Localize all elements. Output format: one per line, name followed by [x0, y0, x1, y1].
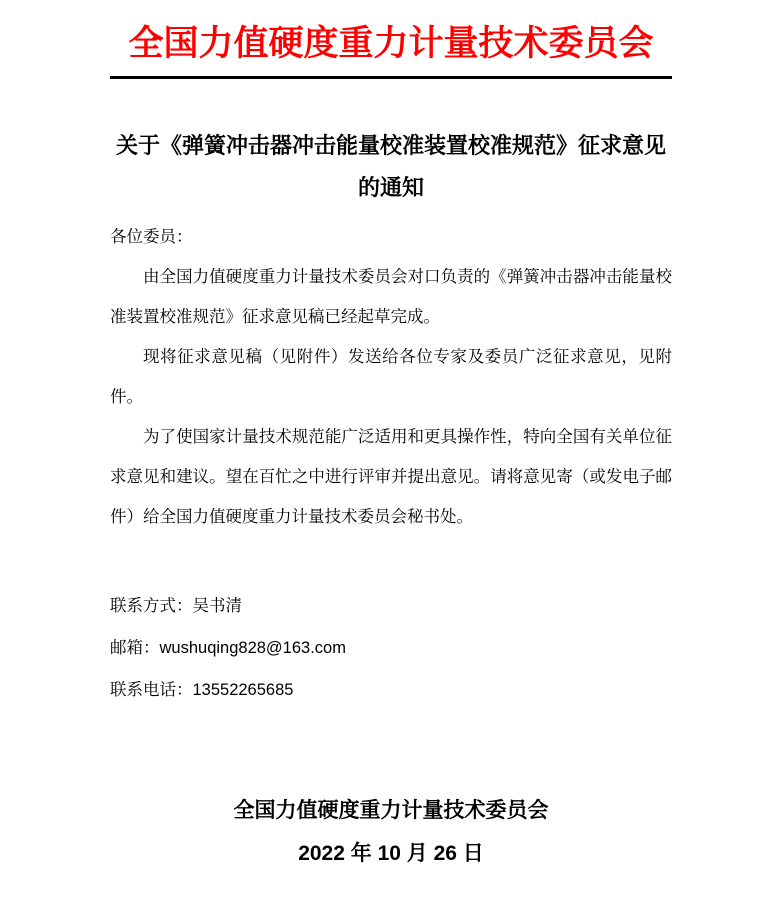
signature-date: 2022 年 10 月 26 日: [110, 832, 672, 875]
contact-person-label: 联系方式：: [110, 597, 193, 615]
salutation: 各位委员：: [110, 217, 672, 257]
notice-title: 关于《弹簧冲击器冲击能量校准装置校准规范》征求意见 的通知: [110, 125, 672, 209]
contact-block: 联系方式：吴书清 邮箱：wushuqing828@163.com 联系电话：13…: [110, 585, 672, 711]
contact-email-label: 邮箱：: [110, 639, 160, 657]
notice-paragraph-3: 为了使国家计量技术规范能广泛适用和更具操作性，特向全国有关单位征求意见和建议。望…: [110, 417, 672, 537]
contact-email-value: wushuqing828@163.com: [160, 639, 346, 657]
document-body: 关于《弹簧冲击器冲击能量校准装置校准规范》征求意见 的通知 各位委员： 由全国力…: [110, 125, 672, 875]
org-header-title: 全国力值硬度重力计量技术委员会: [110, 22, 672, 66]
notice-paragraph-2: 现将征求意见稿（见附件）发送给各位专家及委员广泛征求意见，见附件。: [110, 337, 672, 417]
contact-person-value: 吴书清: [193, 597, 243, 615]
notice-document-page: 全国力值硬度重力计量技术委员会 关于《弹簧冲击器冲击能量校准装置校准规范》征求意…: [0, 0, 782, 898]
header-divider: [110, 76, 672, 79]
notice-paragraph-1: 由全国力值硬度重力计量技术委员会对口负责的《弹簧冲击器冲击能量校准装置校准规范》…: [110, 257, 672, 337]
contact-phone-value: 13552265685: [193, 681, 294, 699]
signature-org: 全国力值硬度重力计量技术委员会: [110, 789, 672, 832]
notice-title-line1: 关于《弹簧冲击器冲击能量校准装置校准规范》征求意见: [110, 125, 672, 167]
notice-title-line2: 的通知: [110, 167, 672, 209]
contact-phone-line: 联系电话：13552265685: [110, 669, 672, 711]
contact-phone-label: 联系电话：: [110, 681, 193, 699]
signature-block: 全国力值硬度重力计量技术委员会 2022 年 10 月 26 日: [110, 789, 672, 875]
contact-email-line: 邮箱：wushuqing828@163.com: [110, 627, 672, 669]
contact-person-line: 联系方式：吴书清: [110, 585, 672, 627]
document-header: 全国力值硬度重力计量技术委员会: [110, 22, 672, 79]
